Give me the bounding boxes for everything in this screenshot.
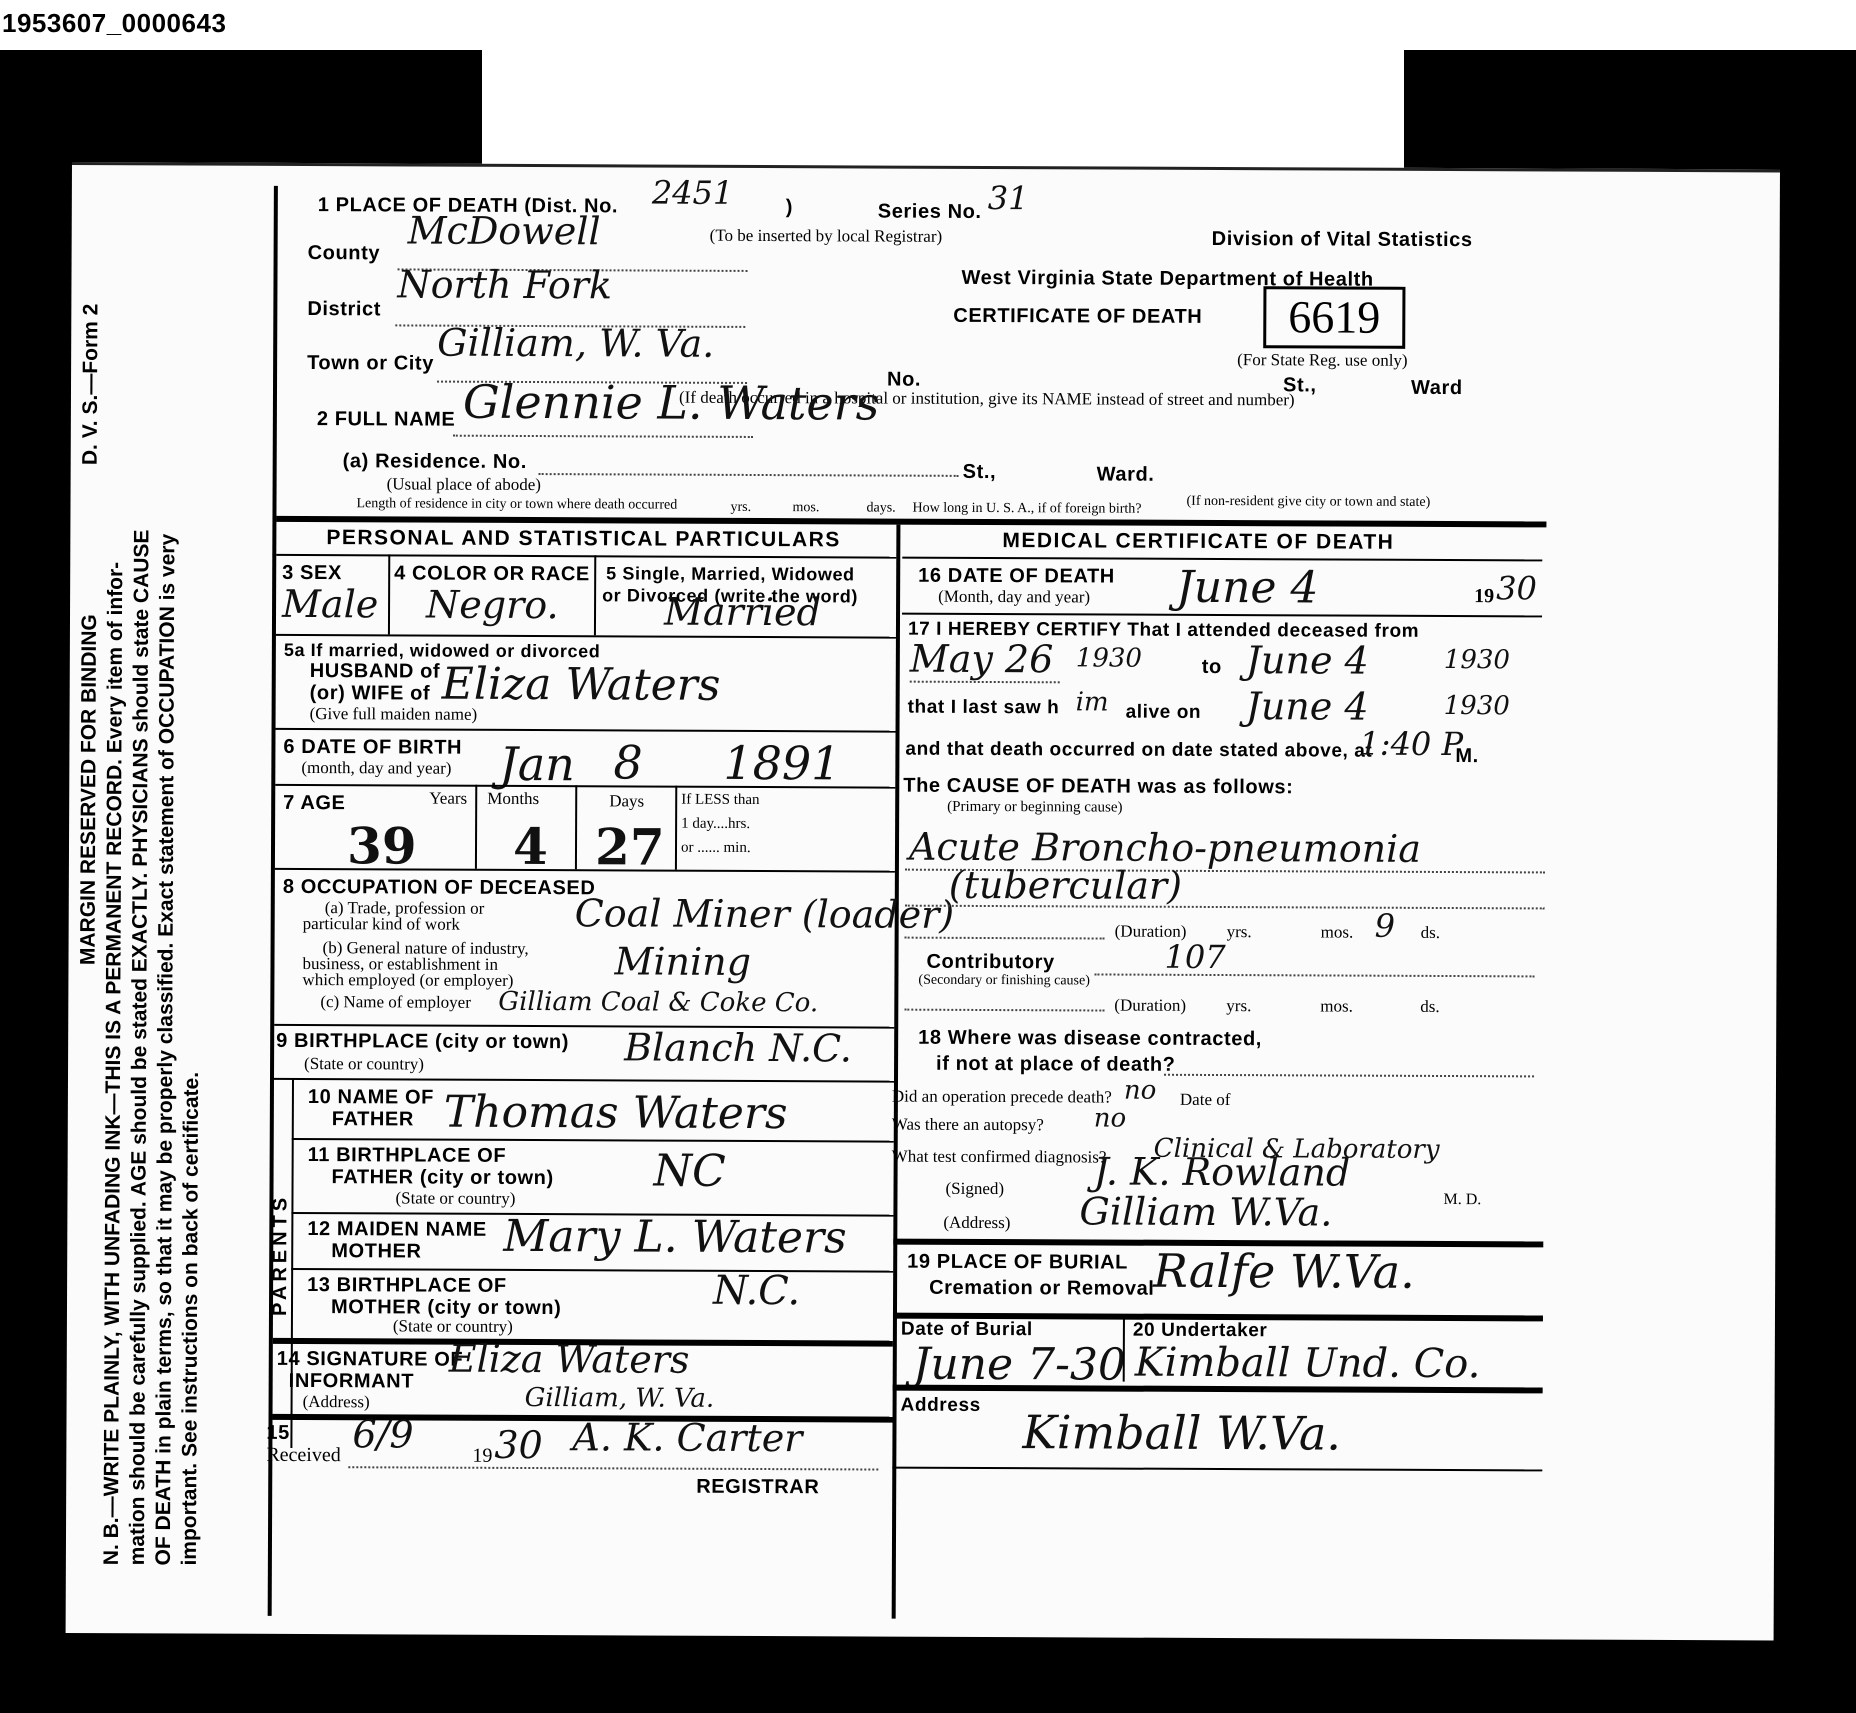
age-years-label: Years	[429, 789, 467, 809]
burial-date: June 7-30	[913, 1339, 1126, 1391]
last-saw-year: 1930	[1444, 691, 1510, 721]
autopsy-label: Was there an autopsy?	[892, 1115, 1044, 1136]
dod-label: 16 DATE OF DEATH	[918, 565, 1115, 589]
duration-label-2: (Duration)	[1114, 996, 1186, 1016]
signed-label: (Signed)	[945, 1179, 1004, 1199]
residence-sub: (Usual place of abode)	[387, 474, 541, 495]
father-bp-label-1: 11 BIRTHPLACE OF	[308, 1144, 507, 1168]
father-bp-sub: (State or country)	[395, 1188, 515, 1209]
certificate-form: 1 PLACE OF DEATH (Dist. No. 2451 ) Serie…	[268, 186, 1768, 1623]
age-label: 7 AGE	[283, 792, 345, 815]
informant-label-1: 14 SIGNATURE OF	[277, 1348, 464, 1372]
dob-sub: (month, day and year)	[301, 758, 451, 779]
division-title: Division of Vital Statistics	[1212, 228, 1473, 252]
burial-label-1: 19 PLACE OF BURIAL	[907, 1251, 1128, 1275]
physician-address-label: (Address)	[943, 1213, 1010, 1233]
undertaker-address-label: Address	[901, 1395, 981, 1417]
district-value: North Fork	[397, 262, 612, 307]
margin-line-2: mation should be carefully supplied. AGE…	[126, 529, 155, 1565]
physician-signature: J. K. Rowland	[1094, 1149, 1351, 1194]
registrar-note: (To be inserted by local Registrar)	[710, 226, 943, 247]
less-than-1: If LESS than	[681, 792, 759, 809]
town-label: Town or City	[307, 352, 434, 376]
marital-label-1: 5 Single, Married, Widowed	[606, 563, 855, 585]
occupation-label: 8 OCCUPATION OF DECEASED	[283, 876, 596, 900]
contracted-label-2: if not at place of death?	[936, 1053, 1176, 1077]
last-saw-label: that I last saw h	[908, 697, 1060, 720]
certificate-number: 6619	[1263, 286, 1405, 349]
md-label: M. D.	[1443, 1191, 1481, 1209]
to-label: to	[1202, 656, 1222, 679]
father-value: Thomas Waters	[444, 1087, 788, 1139]
length-residence-label: Length of residence in city or town wher…	[356, 496, 677, 513]
birthplace-label: 9 BIRTHPLACE (city or town)	[276, 1030, 569, 1054]
last-saw-date: June 4	[1246, 684, 1369, 729]
mother-label-1: 12 MAIDEN NAME	[307, 1218, 487, 1242]
parents-label: PARENTS	[269, 1194, 293, 1316]
occ-c-label: (c) Name of employer	[320, 992, 471, 1013]
attended-to: June 4	[1246, 638, 1369, 683]
dob-year: 1891	[723, 736, 840, 791]
dob-label: 6 DATE OF BIRTH	[283, 736, 462, 760]
dob-month: Jan	[499, 737, 575, 791]
attended-from: May 26	[910, 637, 1054, 682]
cause-label: The CAUSE OF DEATH was as follows:	[903, 775, 1293, 800]
full-name-label: 2 FULL NAME	[317, 408, 456, 432]
burial-place: Ralfe W.Va.	[1153, 1244, 1415, 1299]
district-label: District	[307, 298, 381, 321]
residence-label: (a) Residence. No.	[343, 450, 527, 474]
father-label-1: 10 NAME OF	[308, 1086, 434, 1110]
series-label: Series No.	[878, 201, 982, 224]
physician-address: Gilliam W.Va.	[1079, 1189, 1332, 1234]
mother-bp-label-1: 13 BIRTHPLACE OF	[307, 1274, 507, 1298]
county-label: County	[308, 242, 381, 265]
certificate-title: CERTIFICATE OF DEATH	[953, 305, 1202, 329]
race-value: Negro.	[426, 583, 559, 628]
received-date: 6/9	[352, 1412, 413, 1456]
file-id: 1953607_0000643	[2, 8, 226, 39]
age-years-value: 39	[347, 816, 417, 875]
operation-value: no	[1124, 1076, 1157, 1106]
margin-instructions: MARGIN RESERVED FOR BINDING N. B.—WRITE …	[66, 165, 272, 1634]
full-name-value: Glennie L. Waters	[463, 375, 880, 431]
m-label: M.	[1455, 745, 1479, 768]
received-year: 30	[494, 1423, 543, 1467]
spouse-value: Eliza Waters	[442, 659, 721, 711]
series-no-value: 31	[988, 179, 1029, 217]
last-saw-pronoun: im	[1076, 687, 1109, 717]
burial-label-2: Cremation or Removal	[929, 1277, 1154, 1301]
cause-primary-2: (tubercular)	[949, 863, 1182, 908]
medical-section-title: MEDICAL CERTIFICATE OF DEATH	[1002, 529, 1394, 555]
how-long-usa-label: How long in U. S. A., if of foreign birt…	[912, 501, 1141, 518]
test-label: What test confirmed diagnosis?	[892, 1147, 1107, 1168]
street-ward-label: Ward	[1411, 377, 1463, 400]
informant-label-2: INFORMANT	[289, 1370, 414, 1394]
autopsy-value: no	[1094, 1103, 1127, 1133]
less-than-3: or ...... min.	[681, 840, 751, 857]
time-of-death: 1:40 P	[1359, 725, 1463, 763]
operation-label: Did an operation precede death?	[892, 1087, 1112, 1108]
mother-value: Mary L. Waters	[503, 1211, 847, 1263]
contracted-label-1: 18 Where was disease contracted,	[918, 1027, 1262, 1051]
margin-line-3: OF DEATH in plain terms, so that it may …	[152, 534, 181, 1566]
father-bp-label-2: FATHER (city or town)	[332, 1166, 554, 1190]
birthplace-sub: (State or country)	[304, 1054, 424, 1075]
alive-on-label: alive on	[1126, 702, 1202, 724]
occ-a-label-2: particular kind of work	[303, 914, 460, 935]
spouse-label-3: (or) WIFE of	[310, 682, 431, 706]
residence-st-label: St.,	[963, 461, 997, 484]
informant-sub: (Address)	[303, 1392, 370, 1412]
non-resident-note: (If non-resident give city or town and s…	[1186, 494, 1430, 511]
attended-from-year: 1930	[1076, 643, 1142, 673]
occ-b-value: Mining	[614, 939, 751, 984]
attended-to-year: 1930	[1444, 645, 1510, 675]
date-of-label: Date of	[1180, 1090, 1231, 1110]
undertaker-value: Kimball Und. Co.	[1135, 1340, 1481, 1388]
contributory-value: 107	[1164, 938, 1225, 976]
marital-value: Married	[664, 590, 821, 635]
death-certificate: MARGIN RESERVED FOR BINDING N. B.—WRITE …	[66, 162, 1780, 1640]
scan-top-strip	[482, 50, 1404, 168]
dist-no-value: 2451	[652, 174, 734, 212]
registrar-label: REGISTRAR	[696, 1476, 819, 1500]
contributory-sub: (Secondary or finishing cause)	[918, 973, 1090, 990]
age-months-label: Months	[487, 789, 539, 809]
town-value: Gilliam, W. Va.	[437, 321, 714, 366]
mother-bp-sub: (State or country)	[393, 1316, 513, 1337]
duration-ds-value: 9	[1375, 907, 1396, 945]
age-days-label: Days	[609, 791, 644, 811]
received-num: 15	[266, 1422, 290, 1445]
margin-line-4: important. See instructions on back of c…	[178, 1072, 204, 1566]
occ-c-value: Gilliam Coal & Coke Co.	[498, 987, 818, 1018]
county-value: McDowell	[408, 208, 601, 253]
form-number: D. V. S.—Form 2	[79, 304, 104, 466]
undertaker-address: Kimball W.Va.	[1022, 1405, 1341, 1460]
occ-a-value: Coal Miner (loader)	[575, 891, 955, 937]
dod-year: 30	[1496, 569, 1537, 607]
age-months-value: 4	[513, 817, 548, 876]
sex-value: Male	[282, 582, 378, 626]
mother-label-2: MOTHER	[331, 1240, 421, 1263]
received-label: Received	[266, 1444, 341, 1467]
cause-sub: (Primary or beginning cause)	[947, 799, 1122, 817]
informant-value: Eliza Waters	[449, 1337, 690, 1382]
registrar-signature: A. K. Carter	[572, 1415, 802, 1460]
dod-value: June 4	[1176, 562, 1319, 614]
margin-line-binding: MARGIN RESERVED FOR BINDING	[76, 614, 102, 965]
dod-sub: (Month, day and year)	[938, 587, 1090, 608]
spouse-label-2: HUSBAND of	[310, 660, 441, 684]
occ-b-label-3: which employed (or employer)	[302, 970, 513, 991]
contributory-label: Contributory	[926, 951, 1054, 975]
mother-bp-value: N.C.	[713, 1268, 800, 1314]
age-days-value: 27	[595, 817, 665, 876]
personal-section-title: PERSONAL AND STATISTICAL PARTICULARS	[326, 526, 841, 552]
residence-ward-label: Ward.	[1097, 463, 1155, 486]
dob-day: 8	[613, 735, 643, 789]
occurred-label: and that death occurred on date stated a…	[905, 739, 1372, 763]
margin-line-1: N. B.—WRITE PLAINLY, WITH UNFADING INK—T…	[100, 562, 128, 1565]
father-bp-value: NC	[653, 1146, 725, 1197]
birthplace-value: Blanch N.C.	[624, 1025, 852, 1070]
informant-address: Gilliam, W. Va.	[525, 1383, 715, 1414]
state-reg-note: (For State Reg. use only)	[1237, 350, 1408, 371]
father-label-2: FATHER	[332, 1108, 414, 1131]
less-than-2: 1 day....hrs.	[681, 816, 750, 833]
